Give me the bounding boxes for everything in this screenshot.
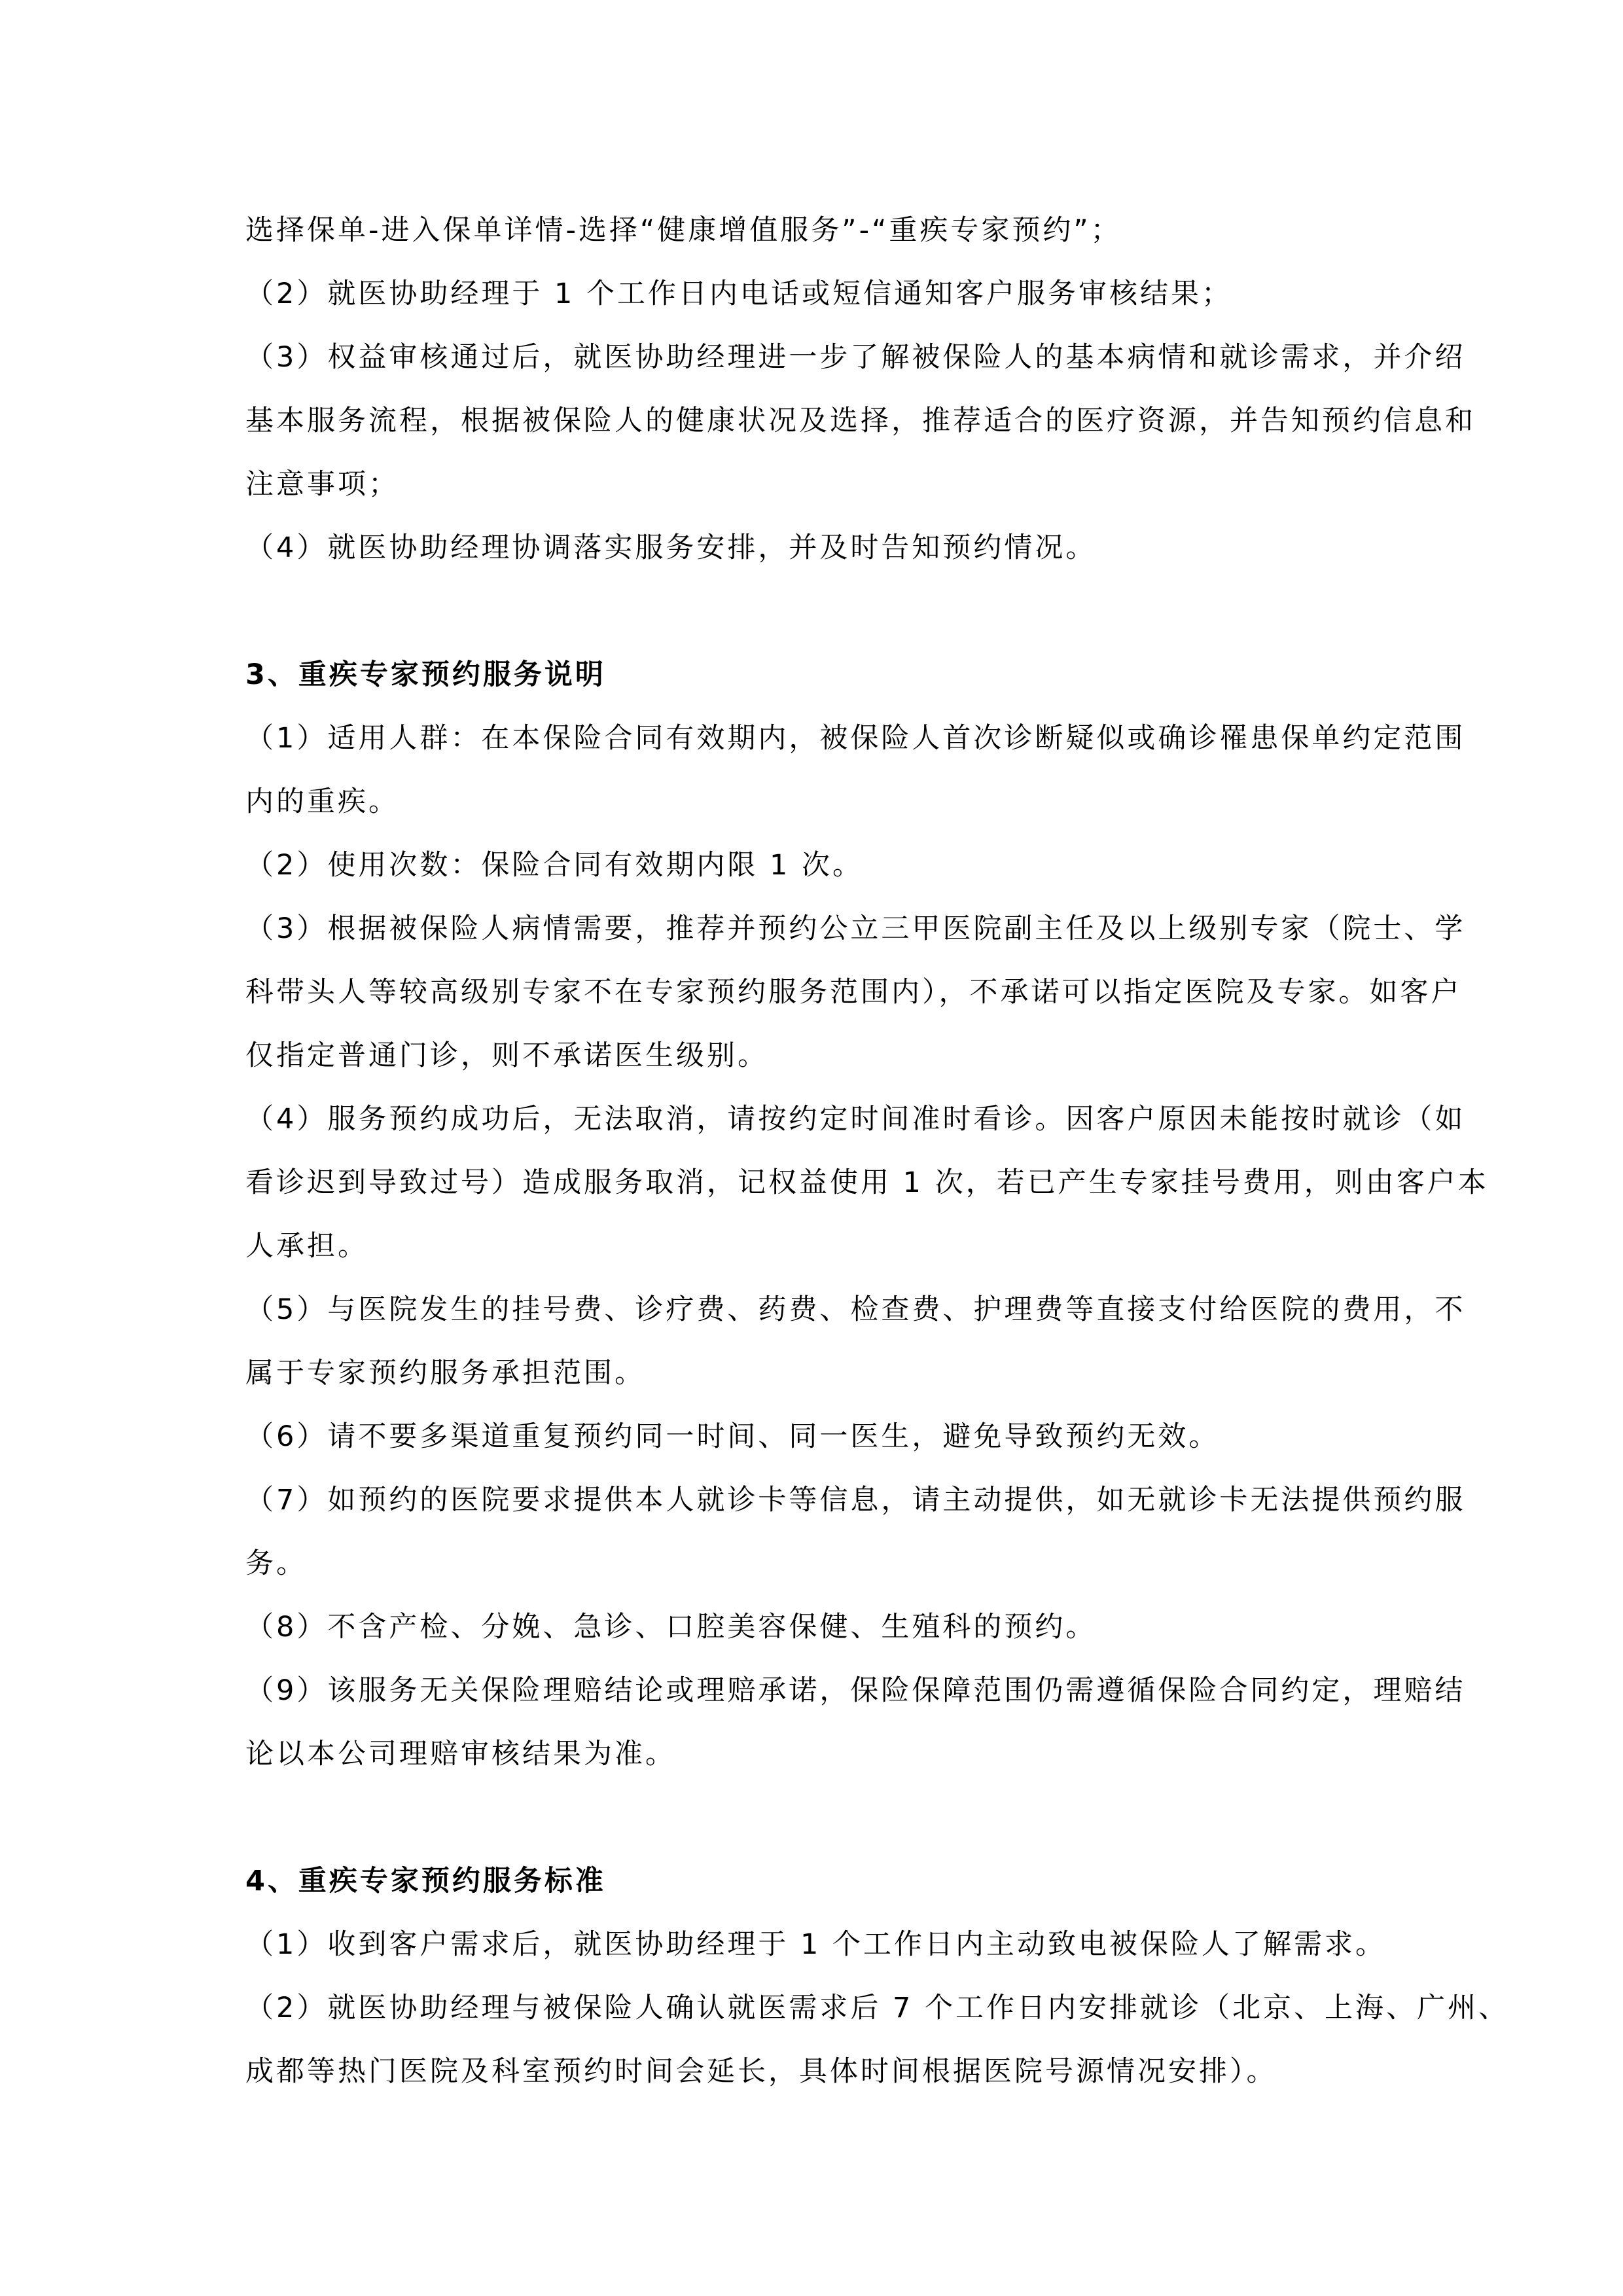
- paragraph-line: 内的重疾。: [245, 783, 1376, 846]
- paragraph-line: （9）该服务无关保险理赔结论或理赔承诺，保险保障范围仍需遵循保险合同约定，理赔结: [245, 1672, 1376, 1735]
- paragraph-line: 选择保单-进入保单详情-选择“健康增值服务”-“重疾专家预约”；: [245, 211, 1376, 275]
- paragraph-line: （1）适用人群：在本保险合同有效期内，被保险人首次诊断疑似或确诊罹患保单约定范围: [245, 719, 1376, 783]
- paragraph-line: 看诊迟到导致过号）造成服务取消，记权益使用 1 次，若已产生专家挂号费用，则由客…: [245, 1164, 1376, 1227]
- paragraph-line: （7）如预约的医院要求提供本人就诊卡等信息，请主动提供，如无就诊卡无法提供预约服: [245, 1481, 1376, 1545]
- paragraph-line: （3）根据被保险人病情需要，推荐并预约公立三甲医院副主任及以上级别专家（院士、学: [245, 910, 1376, 973]
- paragraph-line: （2）使用次数：保险合同有效期内限 1 次。: [245, 846, 1376, 910]
- paragraph-line: （4）就医协助经理协调落实服务安排，并及时告知预约情况。: [245, 529, 1376, 592]
- paragraph-line: 成都等热门医院及科室预约时间会延长，具体时间根据医院号源情况安排）。: [245, 2053, 1376, 2116]
- intro-block: 选择保单-进入保单详情-选择“健康增值服务”-“重疾专家预约”； （2）就医协助…: [245, 211, 1376, 592]
- paragraph-line: 务。: [245, 1545, 1376, 1608]
- paragraph-line: （3）权益审核通过后，就医协助经理进一步了解被保险人的基本病情和就诊需求，并介绍: [245, 338, 1376, 402]
- section-heading: 3、重疾专家预约服务说明: [245, 656, 1376, 719]
- blank-line: [245, 592, 1376, 656]
- paragraph-line: （4）服务预约成功后，无法取消，请按约定时间准时看诊。因客户原因未能按时就诊（如: [245, 1100, 1376, 1164]
- document-page: 选择保单-进入保单详情-选择“健康增值服务”-“重疾专家预约”； （2）就医协助…: [245, 211, 1376, 2116]
- paragraph-line: 属于专家预约服务承担范围。: [245, 1354, 1376, 1418]
- paragraph-line: （1）收到客户需求后，就医协助经理于 1 个工作日内主动致电被保险人了解需求。: [245, 1926, 1376, 1989]
- paragraph-line: 科带头人等较高级别专家不在专家预约服务范围内），不承诺可以指定医院及专家。如客户: [245, 973, 1376, 1037]
- paragraph-line: 仅指定普通门诊，则不承诺医生级别。: [245, 1037, 1376, 1100]
- section-3: 3、重疾专家预约服务说明 （1）适用人群：在本保险合同有效期内，被保险人首次诊断…: [245, 656, 1376, 1799]
- section-4: 4、重疾专家预约服务标准 （1）收到客户需求后，就医协助经理于 1 个工作日内主…: [245, 1862, 1376, 2116]
- paragraph-line: （6）请不要多渠道重复预约同一时间、同一医生，避免导致预约无效。: [245, 1418, 1376, 1481]
- paragraph-line: 论以本公司理赔审核结果为准。: [245, 1735, 1376, 1799]
- blank-line: [245, 1799, 1376, 1862]
- paragraph-line: 人承担。: [245, 1227, 1376, 1291]
- paragraph-line: 注意事项；: [245, 465, 1376, 529]
- paragraph-line: 基本服务流程，根据被保险人的健康状况及选择，推荐适合的医疗资源，并告知预约信息和: [245, 402, 1376, 465]
- paragraph-line: （2）就医协助经理与被保险人确认就医需求后 7 个工作日内安排就诊（北京、上海、…: [245, 1989, 1376, 2053]
- paragraph-line: （2）就医协助经理于 1 个工作日内电话或短信通知客户服务审核结果；: [245, 275, 1376, 338]
- paragraph-line: （8）不含产检、分娩、急诊、口腔美容保健、生殖科的预约。: [245, 1608, 1376, 1672]
- section-heading: 4、重疾专家预约服务标准: [245, 1862, 1376, 1926]
- paragraph-line: （5）与医院发生的挂号费、诊疗费、药费、检查费、护理费等直接支付给医院的费用，不: [245, 1291, 1376, 1354]
